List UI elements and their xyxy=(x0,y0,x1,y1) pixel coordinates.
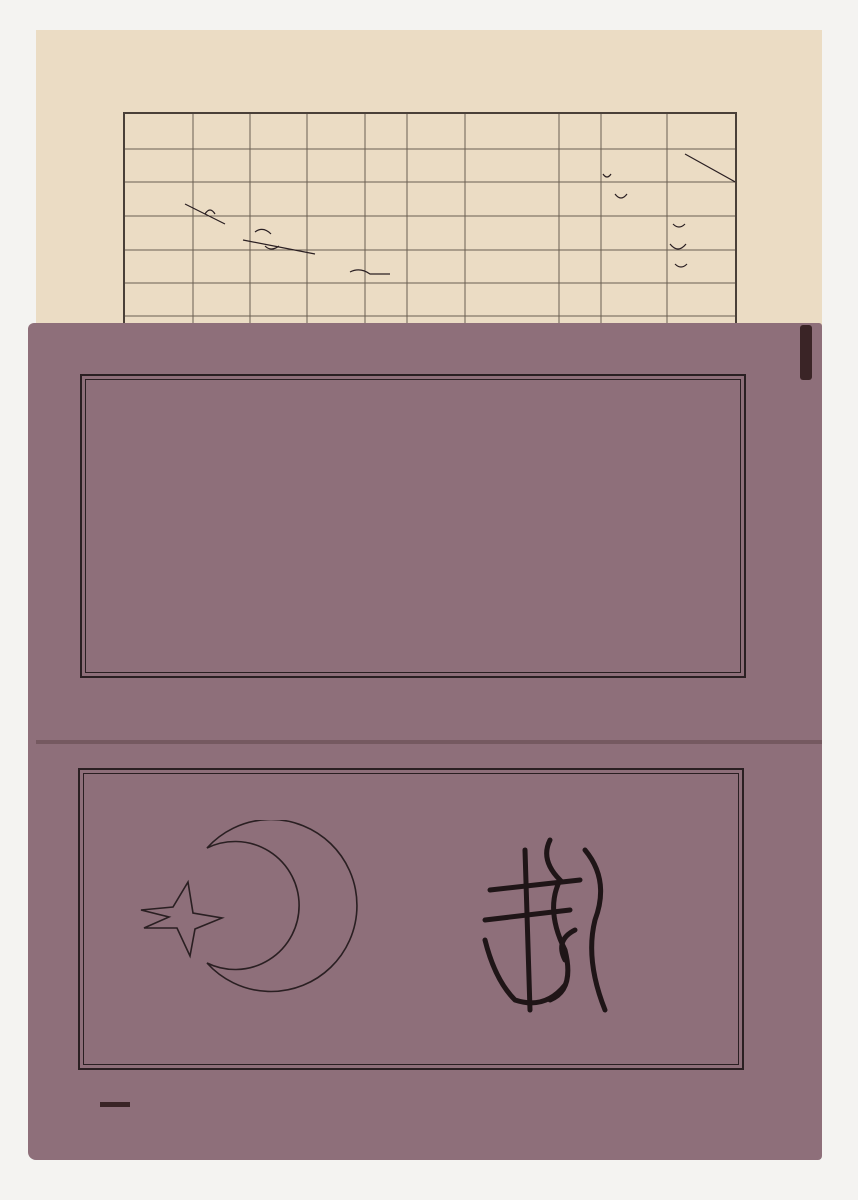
grid-lines xyxy=(125,114,735,326)
handwriting xyxy=(185,154,735,274)
fold-crease xyxy=(36,740,822,744)
tughra-icon xyxy=(470,820,620,1020)
ink-stain xyxy=(800,325,812,380)
ledger-grid xyxy=(123,112,737,326)
star-crescent-icon xyxy=(135,820,385,1010)
tear-mark xyxy=(100,1102,130,1107)
top-frame xyxy=(80,374,746,678)
